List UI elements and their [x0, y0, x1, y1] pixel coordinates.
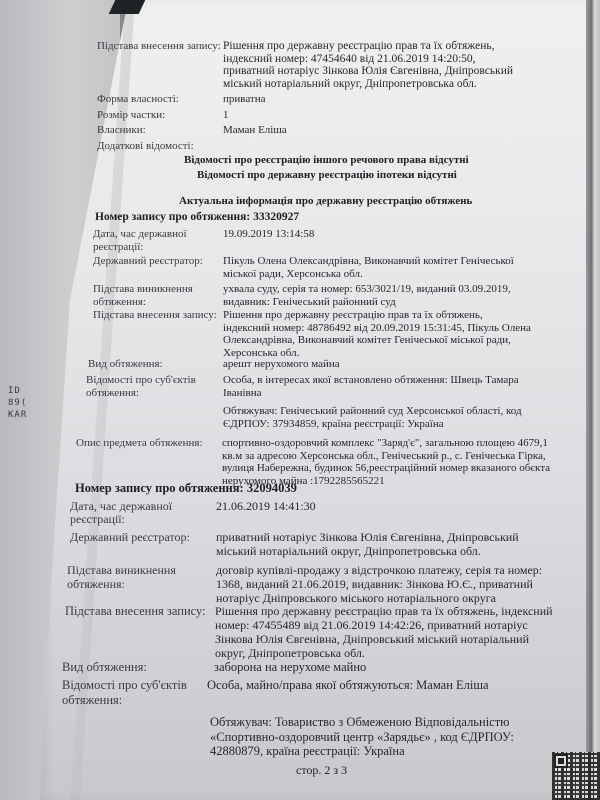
enc1-field: Опис предмета обтяження: спортивно-оздор… — [76, 437, 554, 487]
enc2-field: Підстава виникнення обтяження: договір к… — [67, 563, 556, 605]
field-label: Державний реєстратор: — [93, 255, 223, 280]
enc1-field: Вид обтяження: арешт нерухомого майна — [88, 358, 340, 371]
field-label: Відомості про суб'єктів обтяження: — [62, 678, 207, 707]
field-label: Вид обтяження: — [88, 358, 223, 371]
qr-code — [552, 752, 600, 800]
enc1-field: Дата, час державної реєстрації: 19.09.20… — [93, 228, 314, 253]
page-number: стор. 2 з 3 — [296, 764, 347, 777]
field-value: 21.06.2019 14:41:30 — [216, 500, 316, 526]
field-label: Дата, час державної реєстрації: — [93, 228, 223, 253]
enc1-field: Підстава внесення запису: Рішення про де… — [93, 309, 531, 359]
enc1-field: Обтяжувач: Генічеський районний суд Херс… — [86, 405, 535, 430]
enc2-field: Підстава внесення запису: Рішення про де… — [65, 604, 555, 660]
field-ownership-form: Форма власності: приватна — [97, 93, 266, 106]
field-value: заборона на нерухоме майно — [214, 660, 366, 674]
enc2-field: Відомості про суб'єктів обтяження: Особа… — [62, 678, 547, 707]
field-label: Вид обтяження: — [62, 660, 214, 674]
field-share-size: Розмір частки: 1 — [97, 109, 229, 122]
field-value: приватна — [223, 93, 266, 106]
field-label: Опис предмета обтяження: — [76, 437, 222, 487]
enc1-field: Державний реєстратор: Пікуль Олена Олекс… — [93, 255, 523, 280]
field-owners: Власники: Маман Еліша — [97, 124, 287, 137]
field-value: Рішення про державну реєстрацію прав та … — [223, 40, 523, 90]
field-label: Підстава внесення запису: — [93, 309, 223, 359]
field-value: 19.09.2019 13:14:58 — [223, 228, 314, 253]
field-label: Державний реєстратор: — [70, 531, 216, 558]
field-value: Пікуль Олена Олександрівна, Виконавчий к… — [223, 255, 523, 280]
field-value: арешт нерухомого майна — [223, 358, 340, 371]
enc1-field: Відомості про суб'єктів обтяження: Особа… — [86, 374, 533, 399]
field-label: Підстава виникнення обтяження: — [67, 563, 216, 605]
record-number: Номер запису про обтяження: 33320927 — [95, 211, 299, 224]
field-value: договір купівлі-продажу з відстрочкою пл… — [216, 563, 556, 605]
record-number: Номер запису про обтяження: 32094039 — [75, 482, 297, 495]
notice-mortgage: Відомості про державну реєстрацію іпотек… — [197, 169, 457, 182]
field-value: 1 — [223, 109, 229, 122]
enc2-field: Дата, час державної реєстрації: 21.06.20… — [70, 500, 316, 526]
enc1-field: Підстава виникнення обтяження: ухвала су… — [93, 283, 528, 308]
enc2-field: Обтяжувач: Товариство з Обмеженою Відпов… — [62, 715, 560, 759]
field-value: спортивно-оздоровчий комплекс "Заряд'є",… — [222, 437, 554, 487]
field-entry-basis: Підстава внесення запису: Рішення про де… — [97, 40, 523, 90]
field-value: Особа, майно/права якої обтяжуються: Мам… — [207, 678, 547, 707]
field-value: Обтяжувач: Генічеський районний суд Херс… — [223, 405, 535, 430]
field-value: приватний нотаріус Зінкова Юлія Євгенівн… — [216, 531, 556, 558]
document-content: Підстава внесення запису: Рішення про де… — [0, 0, 600, 800]
field-label: Відомості про суб'єктів обтяження: — [86, 374, 223, 399]
field-label: Підстава внесення запису: — [97, 40, 223, 90]
field-label: Форма власності: — [97, 93, 223, 106]
field-label: Власники: — [97, 124, 223, 137]
notice-other-right: Відомості про реєстрацію іншого речового… — [184, 154, 469, 167]
enc2-field: Вид обтяження: заборона на нерухоме майн… — [62, 660, 366, 674]
field-label: Підстава внесення запису: — [65, 604, 215, 660]
enc2-field: Державний реєстратор: приватний нотаріус… — [70, 531, 556, 558]
field-label: Дата, час державної реєстрації: — [70, 500, 216, 526]
field-value: Особа, в інтересах якої встановлено обтя… — [223, 374, 533, 399]
field-label: Розмір частки: — [97, 109, 223, 122]
field-additional-info: Додаткові відомості: — [97, 140, 223, 153]
field-value: ухвала суду, серія та номер: 653/3021/19… — [223, 283, 528, 308]
field-label: Додаткові відомості: — [97, 140, 223, 153]
field-label — [86, 405, 223, 430]
field-value: Обтяжувач: Товариство з Обмеженою Відпов… — [210, 715, 560, 759]
field-value: Рішення про державну реєстрацію прав та … — [215, 604, 555, 660]
field-value: Маман Еліша — [223, 124, 287, 137]
field-label — [62, 715, 210, 759]
field-value: Рішення про державну реєстрацію прав та … — [223, 309, 531, 359]
encumbrances-heading: Актуальна інформація про державну реєстр… — [179, 195, 472, 208]
field-label: Підстава виникнення обтяження: — [93, 283, 223, 308]
